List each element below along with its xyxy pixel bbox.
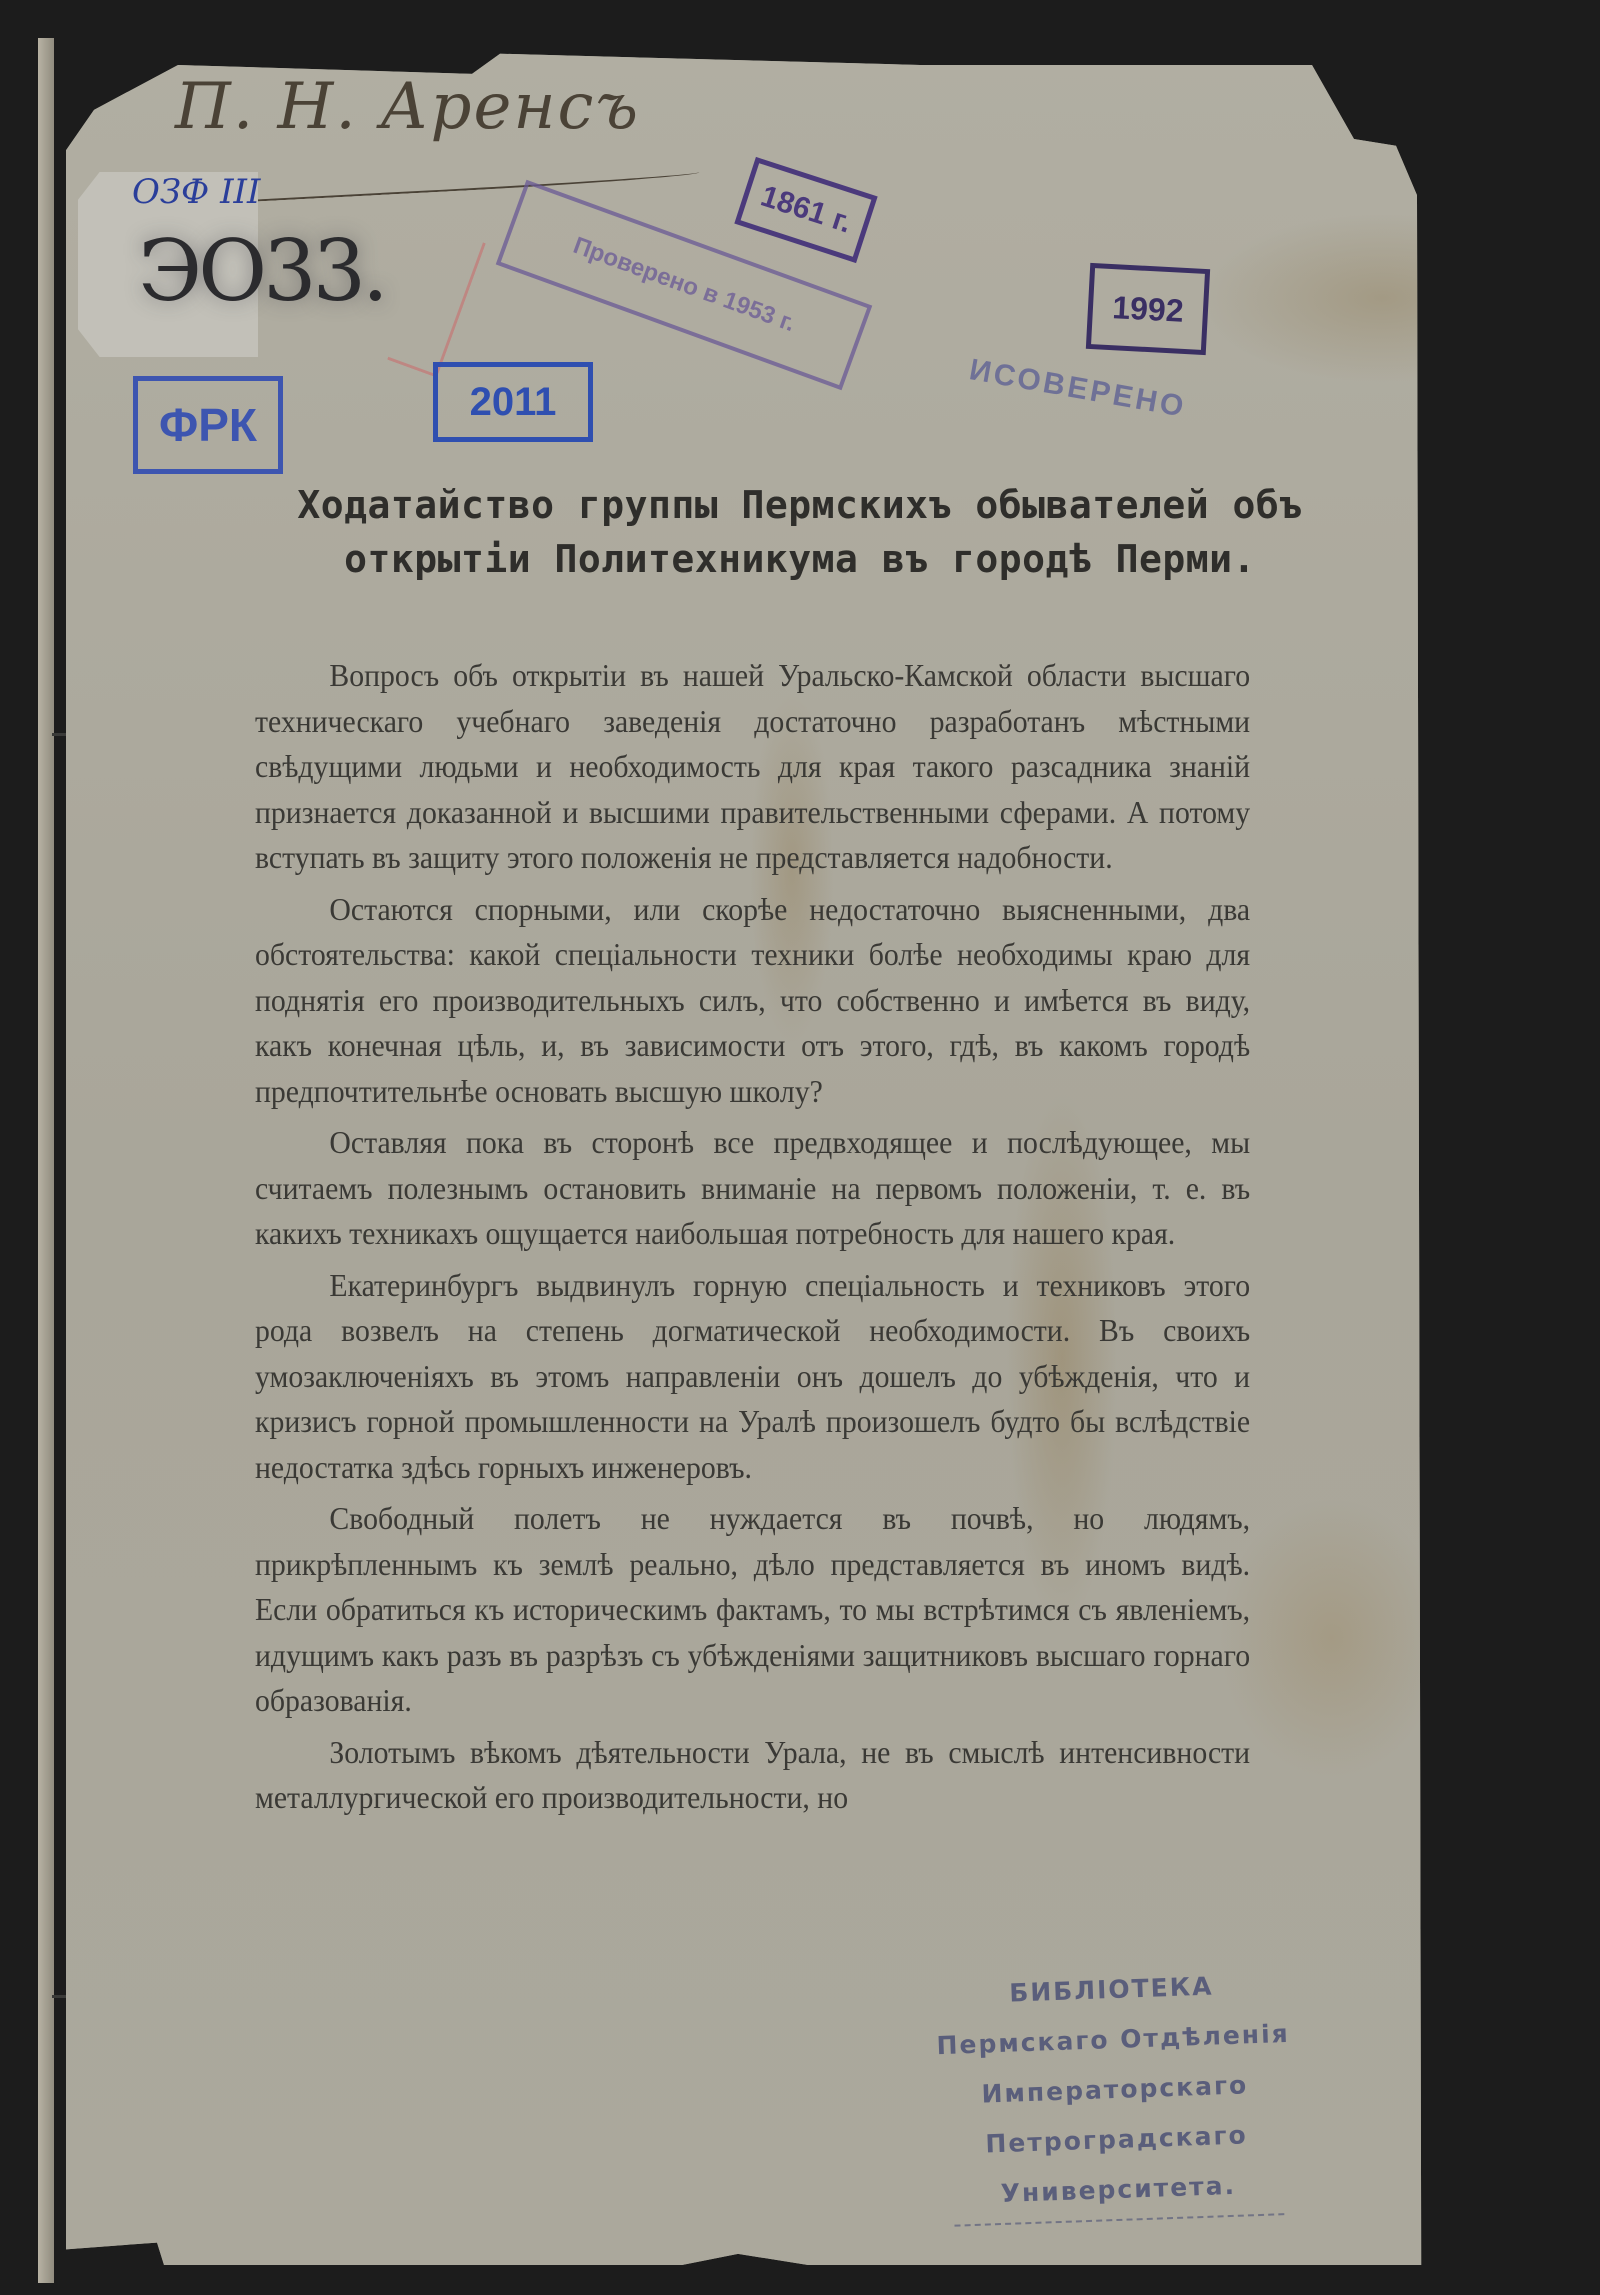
stamp-1992: 1992 xyxy=(1086,263,1210,355)
paragraph: Оставляя пока въ сторонѣ все предвходяще… xyxy=(255,1120,1250,1257)
paragraph: Вопросъ объ открытіи въ нашей Уральско-К… xyxy=(255,653,1250,881)
shelf-number: ЭО33. xyxy=(138,222,385,320)
paragraph: Золотымъ вѣкомъ дѣятельности Урала, не в… xyxy=(255,1730,1250,1821)
stamp-2011: 2011 xyxy=(433,362,593,442)
library-stamp-line: Петроградскаго Университета. xyxy=(906,2108,1329,2223)
shelf-code: ОЗФ III xyxy=(132,172,260,212)
binding-stitch xyxy=(52,1995,66,1998)
document-body: Вопросъ объ открытіи въ нашей Уральско-К… xyxy=(255,653,1250,1827)
binding-spine xyxy=(38,38,54,2283)
paragraph: Екатеринбургъ выдвинулъ горную спеціальн… xyxy=(255,1263,1250,1491)
paragraph: Остаются спорными, или скорѣе недостаточ… xyxy=(255,887,1250,1115)
paragraph: Свободный полетъ не нуждается въ почвѣ, … xyxy=(255,1496,1250,1724)
library-stamp: БИБЛІОТЕКА Пермскаго Отдѣленія Император… xyxy=(901,1958,1330,2231)
handwritten-owner-name: П. Н. Аренсъ xyxy=(175,70,640,144)
binding-stitch xyxy=(52,733,66,736)
title-line-2: открытіи Политехникума въ городѣ Перми. xyxy=(270,532,1330,586)
frk-stamp: ФРК xyxy=(133,376,283,474)
document-title: Ходатайство группы Пермскихъ обывателей … xyxy=(270,478,1330,586)
title-line-1: Ходатайство группы Пермскихъ обывателей … xyxy=(270,478,1330,532)
